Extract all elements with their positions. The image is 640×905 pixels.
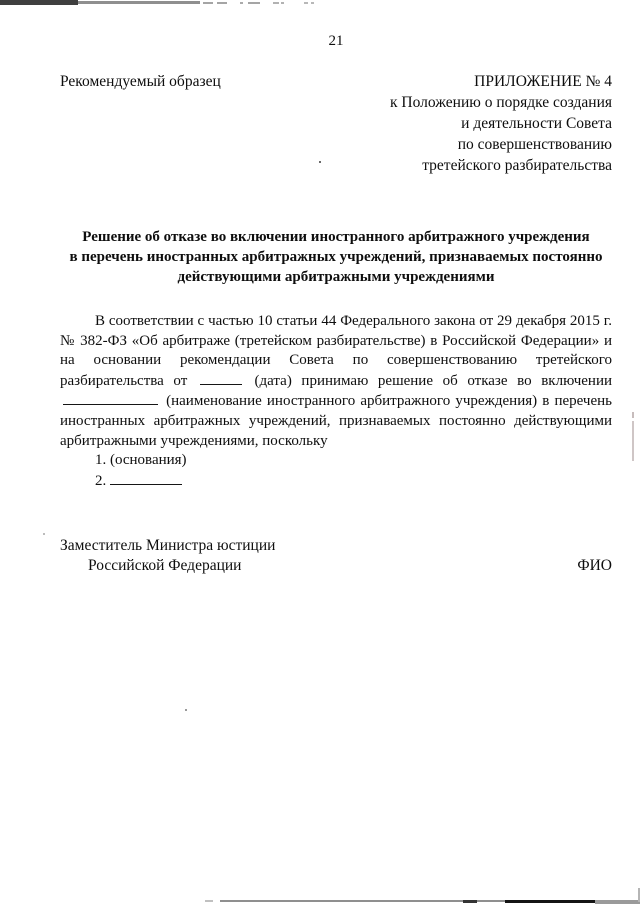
list-item-marker: 2. [95,473,106,489]
signature-block: Заместитель Министра юстиции Российской … [60,536,612,576]
date-blank-line [200,371,242,385]
body-text-part: (дата) принимаю решение об отказе во вкл… [255,373,612,389]
scan-artifact-top-dash [217,2,227,4]
signer-position-line: Российской Федерации [88,556,275,576]
document-page: 21 Рекомендуемый образец ПРИЛОЖЕНИЕ № 4 … [0,0,640,905]
title-line: Решение об отказе во включении иностранн… [60,227,612,247]
list-item-text: (основания) [110,452,187,468]
document-body: В соответствии с частью 10 статьи 44 Фед… [60,312,612,491]
appendix-line: к Положению о порядке создания [390,92,612,113]
scan-artifact-top-dash [273,2,279,4]
signer-position-line: Заместитель Министра юстиции [60,536,275,556]
page-number: 21 [60,33,612,50]
signer-name-placeholder: ФИО [577,556,612,576]
document-title: Решение об отказе во включении иностранн… [60,227,612,287]
scan-artifact-right-line [632,421,634,461]
scan-artifact-top-dash [240,2,243,4]
scan-artifact-top-line [78,1,200,4]
scan-artifact-speck [319,161,321,163]
body-paragraph: В соответствии с частью 10 статьи 44 Фед… [60,312,612,451]
scan-artifact-top-dash [311,2,314,4]
scan-artifact-speck [185,709,187,711]
appendix-line: третейского разбирательства [390,155,612,176]
scan-artifact-top-dash [203,2,213,4]
scan-artifact-bottom-bar [595,900,640,904]
scan-artifact-top-dash [304,2,308,4]
scan-artifact-bottom-dash [205,900,213,902]
recommended-sample-label: Рекомендуемый образец [60,73,221,91]
scan-artifact-top-bar [0,0,78,5]
title-line: в перечень иностранных арбитражных учреж… [60,247,612,267]
institution-name-blank-line [63,391,158,405]
scan-artifact-top-dash [281,2,284,4]
scan-artifact-top-dash [248,2,260,4]
title-line: действующими арбитражными учреждениями [60,267,612,287]
grounds-list-item: 1. (основания) [95,451,612,471]
signer-position: Заместитель Министра юстиции Российской … [60,536,275,576]
appendix-line: по совершенствованию [390,134,612,155]
appendix-line: ПРИЛОЖЕНИЕ № 4 [390,71,612,92]
grounds-blank-line [110,471,182,485]
list-item-marker: 1. [95,452,106,468]
grounds-list-item: 2. [95,471,612,492]
scan-artifact-right-line [632,412,634,418]
scan-artifact-bottom-bar [505,900,595,903]
appendix-line: и деятельности Совета [390,113,612,134]
scan-artifact-speck [43,533,45,535]
scan-artifact-bottom-dash [463,900,477,903]
appendix-heading: ПРИЛОЖЕНИЕ № 4 к Положению о порядке соз… [390,71,612,176]
